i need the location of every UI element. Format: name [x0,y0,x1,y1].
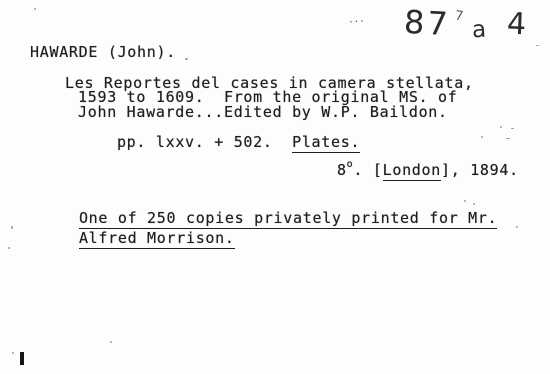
author-heading: HAWARDE (John). [30,45,176,60]
scan-speck [110,341,112,343]
scan-speck [464,200,466,202]
scan-speck [516,226,518,228]
scan-speck [511,128,514,129]
scan-speck [506,138,510,139]
shelfmark-numeral: 4 [506,7,526,43]
shelfmark-stray-mark: 7 [454,8,464,24]
scan-speck [500,126,502,128]
scan-speck [34,8,36,10]
scan-mark [20,352,24,365]
format-numeral: 8 [337,161,347,179]
format-superscript-o: o [347,160,354,170]
shelfmark-letter: a [471,17,486,44]
scan-speck [12,352,14,354]
scan-speck [536,45,539,46]
imprint-line: 8o. [London], 1894. [298,148,519,193]
scan-speck [8,247,10,249]
note-text-2: Alfred Morrison. [79,229,235,249]
note-line-2: Alfred Morrison. [40,216,235,261]
shelfmark-dots: ... [349,11,366,25]
scan-speck [11,226,13,229]
shelfmark-number: 87 [403,3,452,43]
imprint-date: ], 1894. [441,161,519,179]
catalog-card: ... 87 7 a 4 HAWARDE (John). Les Reporte… [0,0,550,374]
scan-speck [185,58,188,60]
imprint-place: London [383,161,441,181]
scan-speck [473,203,475,205]
scan-speck [481,136,483,138]
collation-text: pp. lxxv. + 502. [117,133,292,151]
imprint-separator: . [ [353,161,382,179]
title-line-3: John Hawarde...Edited by W.P. Baildon. [78,105,448,120]
